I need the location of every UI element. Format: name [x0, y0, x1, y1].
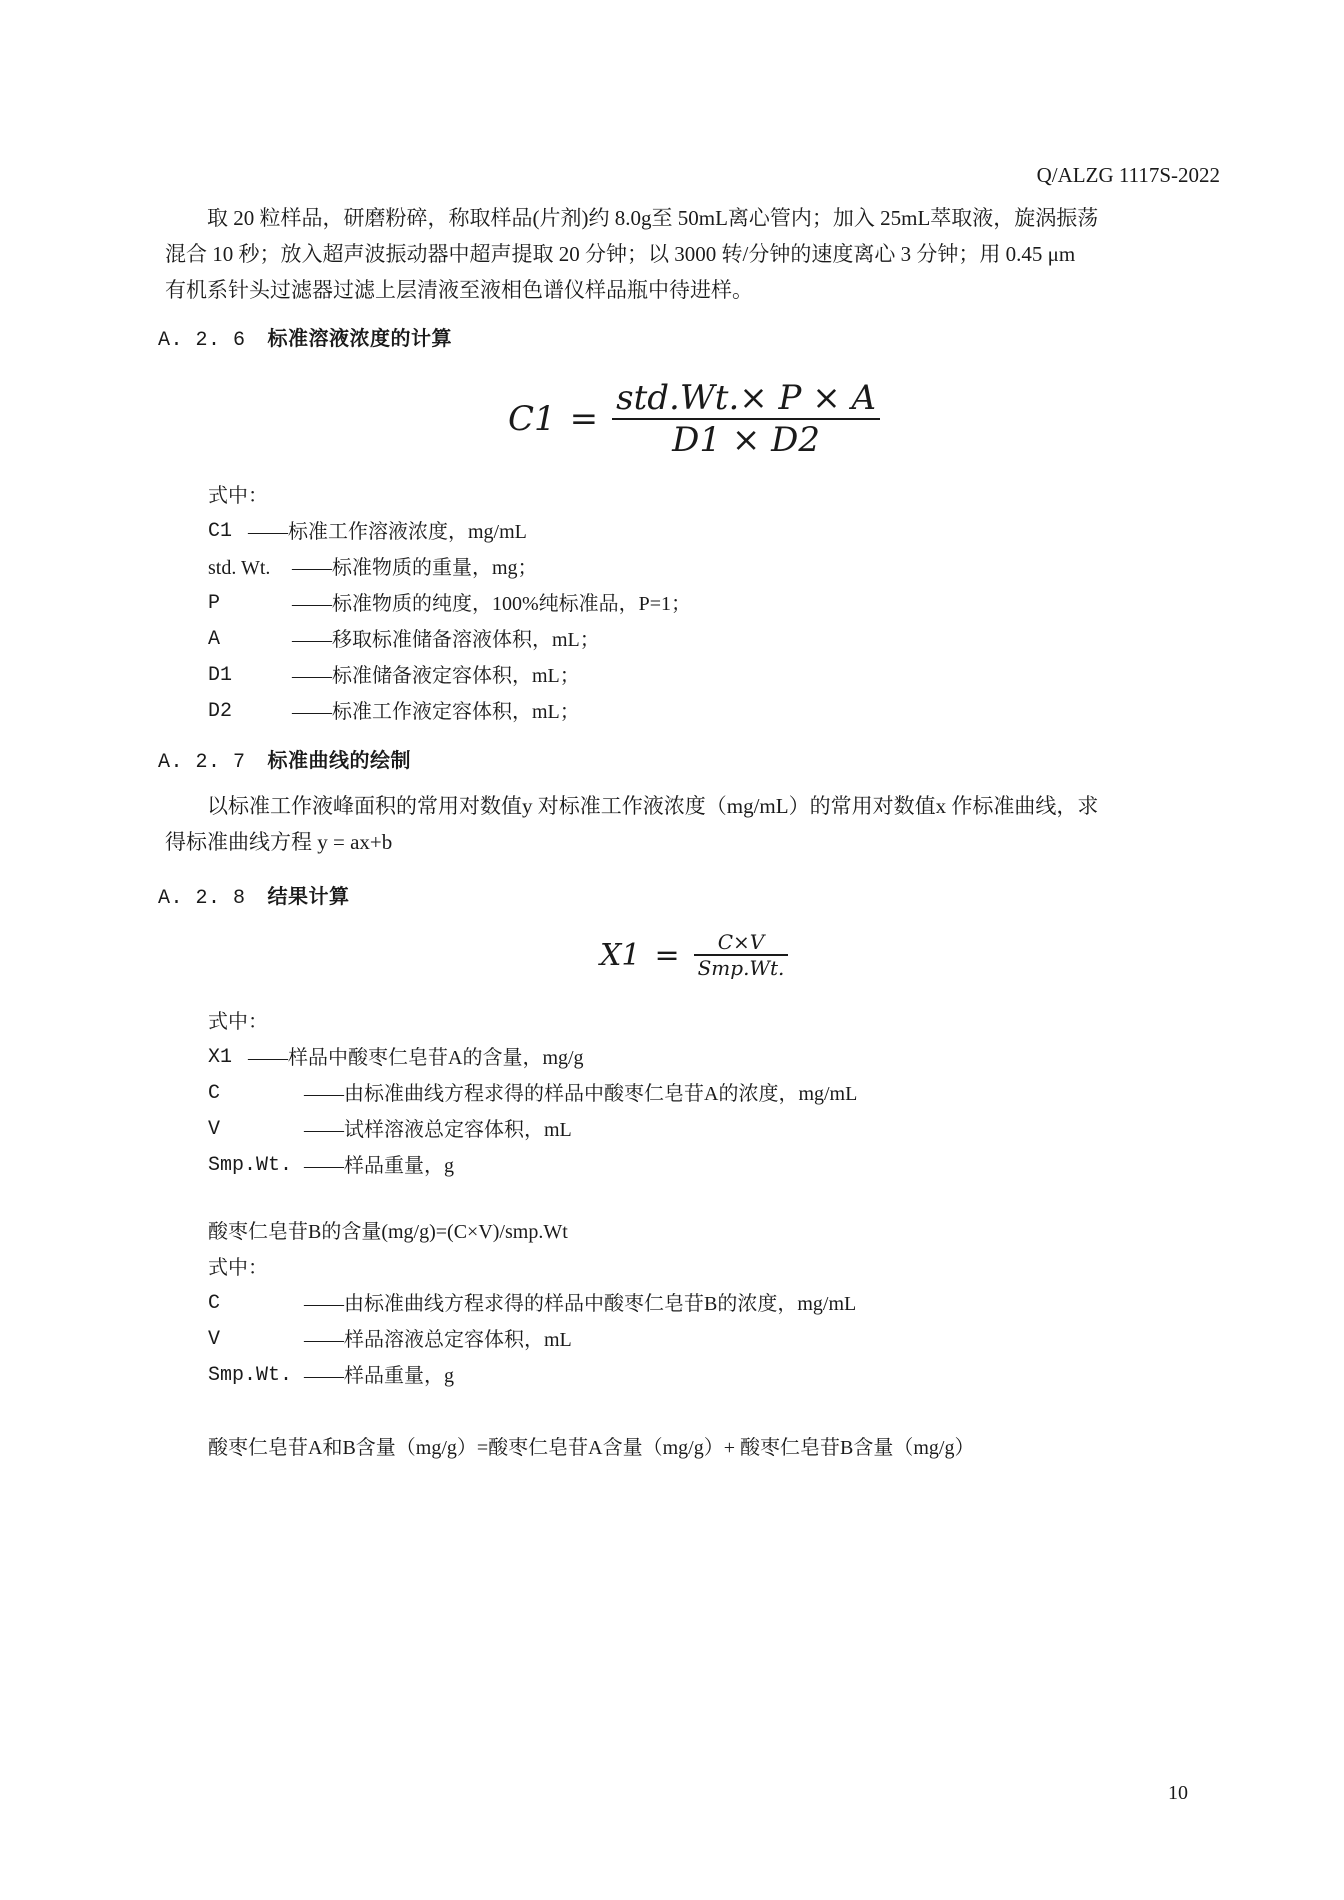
total-content-formula: 酸枣仁皂苷A和B含量（mg/g）=酸枣仁皂苷A含量（mg/g）+ 酸枣仁皂苷B含…	[208, 1430, 974, 1466]
definition-desc: ——移取标准储备溶液体积，mL；	[292, 622, 600, 658]
definition-desc: ——样品重量，g	[304, 1148, 454, 1184]
definition-symbol: V	[208, 1112, 304, 1148]
formula-equals: =	[654, 938, 679, 973]
section-number: A. 2. 6	[158, 329, 246, 352]
definition-symbol: V	[208, 1322, 304, 1358]
definition-row: D2——标准工作液定容体积，mL；	[208, 694, 691, 730]
definition-desc: ——标准储备液定容体积，mL；	[292, 658, 580, 694]
definition-desc: ——样品中酸枣仁皂苷A的含量，mg/g	[248, 1040, 584, 1076]
definition-row: A——移取标准储备溶液体积，mL；	[208, 622, 691, 658]
definition-desc: ——样品重量，g	[304, 1358, 454, 1394]
definition-desc: ——标准工作溶液浓度，mg/mL	[248, 514, 527, 550]
definition-symbol: Smp.Wt.	[208, 1358, 304, 1394]
definition-row: C1——标准工作溶液浓度，mg/mL	[208, 514, 691, 550]
definition-symbol: std. Wt.	[208, 550, 292, 586]
intro-line-1: 取 20 粒样品，研磨粉碎，称取样品(片剂)约 8.0g至 50mL离心管内；加…	[165, 200, 1225, 236]
section-title: 标准曲线的绘制	[268, 748, 412, 772]
definition-symbol: D2	[208, 694, 292, 730]
section-heading-a27: A. 2. 7标准曲线的绘制	[158, 744, 411, 774]
definition-desc: ——试样溶液总定容体积，mL	[304, 1112, 572, 1148]
formula-lhs: C1	[508, 399, 556, 439]
a27-paragraph: 以标准工作液峰面积的常用对数值y 对标准工作液浓度（mg/mL）的常用对数值x …	[165, 788, 1225, 860]
section-title: 结果计算	[268, 884, 350, 908]
definition-symbol: C	[208, 1076, 304, 1112]
formula-fraction: C×V Smp.Wt.	[694, 930, 789, 980]
intro-line-2: 混合 10 秒；放入超声波振动器中超声提取 20 分钟；以 3000 转/分钟的…	[165, 236, 1225, 272]
where-label: 式中：	[208, 478, 268, 514]
intro-line-3: 有机系针头过滤器过滤上层清液至液相色谱仪样品瓶中待进样。	[165, 272, 1225, 308]
definition-symbol: A	[208, 622, 292, 658]
definition-desc: ——标准工作液定容体积，mL；	[292, 694, 580, 730]
section-title: 标准溶液浓度的计算	[268, 326, 453, 350]
definition-row: C——由标准曲线方程求得的样品中酸枣仁皂苷B的浓度，mg/mL	[208, 1286, 856, 1322]
section-number: A. 2. 7	[158, 751, 246, 774]
intro-paragraph: 取 20 粒样品，研磨粉碎，称取样品(片剂)约 8.0g至 50mL离心管内；加…	[165, 200, 1225, 308]
definition-symbol: X1	[208, 1040, 248, 1076]
definition-symbol: D1	[208, 658, 292, 694]
definition-row: Smp.Wt.——样品重量，g	[208, 1148, 857, 1184]
definition-row: V——试样溶液总定容体积，mL	[208, 1112, 857, 1148]
formula-numerator: std.Wt.× P × A	[612, 378, 880, 418]
definition-row: C——由标准曲线方程求得的样品中酸枣仁皂苷A的浓度，mg/mL	[208, 1076, 857, 1112]
formula-numerator: C×V	[714, 930, 769, 954]
definition-row: std. Wt.——标准物质的重量，mg；	[208, 550, 691, 586]
definition-row: Smp.Wt.——样品重量，g	[208, 1358, 856, 1394]
definition-symbol: Smp.Wt.	[208, 1148, 304, 1184]
section-number: A. 2. 8	[158, 887, 246, 910]
definition-row: D1——标准储备液定容体积，mL；	[208, 658, 691, 694]
section-heading-a28: A. 2. 8结果计算	[158, 880, 350, 910]
definition-desc: ——标准物质的重量，mg；	[292, 550, 538, 586]
definition-row: V——样品溶液总定容体积，mL	[208, 1322, 856, 1358]
formula-lhs: X1	[600, 938, 640, 973]
definitions-a28-b: C——由标准曲线方程求得的样品中酸枣仁皂苷B的浓度，mg/mL V——样品溶液总…	[208, 1286, 856, 1394]
definition-symbol: C1	[208, 514, 248, 550]
definition-symbol: P	[208, 586, 292, 622]
definition-row: X1——样品中酸枣仁皂苷A的含量，mg/g	[208, 1040, 857, 1076]
where-label: 式中：	[208, 1004, 268, 1040]
formula-fraction: std.Wt.× P × A D1 × D2	[612, 378, 880, 460]
formula-b-line: 酸枣仁皂苷B的含量(mg/g)=(C×V)/smp.Wt	[208, 1214, 568, 1250]
standard-code: Q/ALZG 1117S-2022	[1037, 163, 1220, 188]
formula-x1: X1 = C×V Smp.Wt.	[600, 930, 788, 980]
a27-line-2: 得标准曲线方程 y = ax+b	[165, 824, 1225, 860]
definition-desc: ——由标准曲线方程求得的样品中酸枣仁皂苷A的浓度，mg/mL	[304, 1076, 857, 1112]
formula-denominator: Smp.Wt.	[694, 956, 789, 980]
a27-line-1: 以标准工作液峰面积的常用对数值y 对标准工作液浓度（mg/mL）的常用对数值x …	[165, 788, 1225, 824]
definition-desc: ——样品溶液总定容体积，mL	[304, 1322, 572, 1358]
definition-row: P——标准物质的纯度，100%纯标准品，P=1；	[208, 586, 691, 622]
page-number: 10	[1168, 1782, 1188, 1805]
formula-equals: =	[570, 399, 599, 439]
section-heading-a26: A. 2. 6标准溶液浓度的计算	[158, 322, 452, 352]
formula-c1: C1 = std.Wt.× P × A D1 × D2	[508, 378, 880, 460]
formula-denominator: D1 × D2	[668, 420, 824, 460]
document-page: Q/ALZG 1117S-2022 取 20 粒样品，研磨粉碎，称取样品(片剂)…	[0, 0, 1344, 1900]
definitions-a28-a: X1——样品中酸枣仁皂苷A的含量，mg/g C——由标准曲线方程求得的样品中酸枣…	[208, 1040, 857, 1184]
definition-desc: ——由标准曲线方程求得的样品中酸枣仁皂苷B的浓度，mg/mL	[304, 1286, 856, 1322]
definition-desc: ——标准物质的纯度，100%纯标准品，P=1；	[292, 586, 691, 622]
definitions-a26: C1——标准工作溶液浓度，mg/mL std. Wt.——标准物质的重量，mg；…	[208, 514, 691, 730]
where-label-b: 式中：	[208, 1250, 268, 1286]
definition-symbol: C	[208, 1286, 304, 1322]
